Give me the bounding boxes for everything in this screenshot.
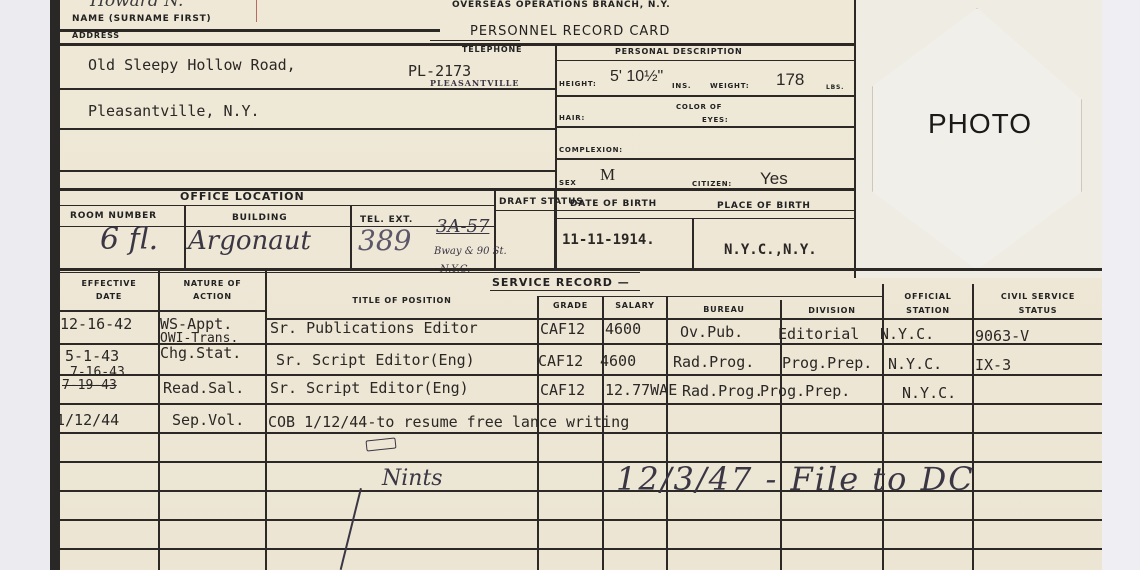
lbs-label: LBS.	[826, 84, 844, 91]
handwritten-initials: Nints	[382, 466, 443, 491]
rule-service-double	[60, 272, 640, 273]
col-header-effective-date: EFFECTIVEDATE	[60, 277, 158, 303]
building-value: Argonaut	[188, 226, 311, 256]
address-line1: Old Sleepy Hollow Road,	[88, 56, 296, 74]
service-record-text: SERVICE RECORD	[492, 276, 613, 289]
building-label: BUILDING	[232, 213, 287, 223]
service-record-underline	[490, 290, 640, 291]
sex-label: SEX	[559, 179, 577, 187]
cell-title-remark: COB 1/12/44-to resume free lance writing	[268, 413, 629, 431]
col-header-station-2: STATION	[884, 304, 972, 318]
divider-photo	[854, 0, 856, 278]
dob-label: DATE OF BIRTH	[570, 199, 657, 209]
cell-station: N.Y.C.	[888, 355, 942, 373]
draft-status-value: 3A-57	[436, 216, 489, 237]
name-label: NAME (SURNAME FIRST)	[72, 14, 211, 24]
room-number-label: ROOM NUMBER	[70, 211, 157, 221]
draft-status-text: 3A-57	[436, 216, 489, 237]
col-header-nature-of-action: NATURE OFACTION	[160, 277, 265, 303]
col-date-divider	[158, 268, 160, 570]
cell-division: Prog.Prep.	[782, 354, 872, 372]
dob-value: 11-11-1914.	[562, 232, 655, 248]
tel-ext-value: 389	[358, 224, 411, 257]
cell-salary: 4600	[605, 320, 641, 338]
rule-pd-3	[556, 158, 856, 160]
place-of-birth-value: N.Y.C.,N.Y.	[724, 242, 817, 258]
divider-place	[692, 218, 694, 270]
address-label: ADDRESS	[72, 31, 120, 40]
office-location-label: OFFICE LOCATION	[180, 190, 305, 203]
rule-address-1	[60, 88, 556, 90]
cell-salary: 12.77WAE	[605, 381, 677, 399]
cell-title: Sr. Script Editor(Eng)	[270, 379, 469, 397]
divider-building	[350, 205, 352, 268]
cell-date-struck: 7-19-43	[62, 378, 117, 393]
divider-room	[184, 205, 186, 268]
cell-date: 12-16-42	[60, 315, 132, 333]
cell-date: 1/12/44	[60, 411, 119, 429]
divider-dob	[554, 188, 556, 268]
rule-row-4	[60, 432, 1102, 434]
cell-bureau: Rad.Prog.	[682, 382, 763, 400]
cell-grade: CAF12	[540, 381, 585, 399]
cell-civil-status: 9063-V	[975, 327, 1029, 345]
height-value: 5' 10½"	[610, 68, 663, 86]
rule-service-top	[60, 268, 1102, 271]
rule-pd-2	[556, 126, 856, 128]
cell-date: 5-1-43	[65, 347, 119, 365]
rule-row-3	[60, 403, 1102, 405]
rule-birth-sub	[556, 218, 856, 219]
personal-desc-label: PERSONAL DESCRIPTION	[615, 47, 743, 56]
stamp-mark-icon	[366, 437, 397, 451]
rule-row-7	[60, 519, 1102, 521]
address-line2: Pleasantville, N.Y.	[88, 102, 260, 120]
handwritten-file-note: 12/3/47 - File to DC	[616, 460, 975, 498]
citizen-label: CITIZEN:	[692, 180, 732, 188]
title-underline	[430, 40, 520, 41]
cell-grade: CAF12	[540, 320, 585, 338]
name-value: Howard N.	[90, 0, 183, 11]
card-binder-edge	[50, 0, 60, 570]
col-header-civil-1: CIVIL SERVICE	[974, 290, 1102, 304]
cell-division: Editorial	[778, 325, 859, 343]
cell-title: Sr. Publications Editor	[270, 319, 478, 337]
col-header-division: DIVISION	[782, 306, 882, 315]
photo-label: PHOTO	[910, 108, 1050, 140]
eyes-label-2: EYES:	[702, 116, 728, 124]
handwritten-stroke	[340, 488, 362, 570]
cell-action: Read.Sal.	[163, 379, 244, 397]
eyes-label-1: COLOR OF	[676, 103, 722, 111]
col-header-salary: SALARY	[604, 301, 666, 310]
col-action-divider	[265, 268, 267, 570]
rule-address-3	[60, 170, 556, 172]
col-header-nature-2: ACTION	[160, 290, 265, 303]
col-header-title: TITLE OF POSITION	[267, 296, 537, 305]
cell-salary: 4600	[600, 352, 636, 370]
weight-label: WEIGHT:	[710, 82, 750, 90]
col-header-bureau: BUREAU	[668, 305, 780, 314]
rule-address-2	[60, 128, 556, 130]
cell-civil-status: IX-3	[975, 356, 1011, 374]
col-station-divider	[972, 284, 974, 570]
col-header-nature-1: NATURE OF	[160, 277, 265, 290]
card-title: PERSONNEL RECORD CARD	[470, 24, 670, 39]
col-header-grade: GRADE	[539, 301, 602, 310]
branch-label: OVERSEAS OPERATIONS BRANCH, N.Y.	[452, 0, 671, 10]
complexion-label: COMPLEXION:	[559, 146, 623, 154]
col-header-effective-1: EFFECTIVE	[60, 277, 158, 290]
cell-bureau: Ov.Pub.	[680, 323, 743, 341]
height-label: HEIGHT:	[559, 80, 597, 88]
rule-office-sub	[60, 205, 496, 206]
ins-label: INS.	[672, 82, 691, 90]
draft-status-note: Bway & 90 St.	[434, 246, 507, 257]
service-record-label: SERVICE RECORD —	[492, 276, 630, 289]
red-margin-mark	[256, 0, 257, 22]
personnel-record-card: PHOTO Howard N. NAME (SURNAME FIRST) OVE…	[60, 0, 1102, 570]
cell-station: N.Y.C.	[880, 325, 934, 343]
cell-station: N.Y.C.	[902, 384, 956, 402]
weight-value: 178	[776, 70, 804, 90]
place-of-birth-label: PLACE OF BIRTH	[717, 201, 811, 211]
col-header-civil-service: CIVIL SERVICESTATUS	[974, 290, 1102, 318]
sex-value: M	[600, 165, 615, 185]
cell-division: Prog.Prep.	[760, 382, 850, 400]
col-header-civil-2: STATUS	[974, 304, 1102, 318]
rule-header-left	[60, 310, 267, 312]
citizen-value: Yes	[760, 169, 788, 189]
rule-address-top	[60, 43, 856, 46]
rule-row-8	[60, 548, 1102, 550]
cell-grade: CAF12	[538, 352, 583, 370]
col-header-official-station: OFFICIALSTATION	[884, 290, 972, 318]
cell-bureau: Rad.Prog.	[673, 353, 754, 371]
rule-row-2	[60, 374, 1102, 376]
cell-action: Chg.Stat.	[160, 344, 241, 362]
cell-action: Sep.Vol.	[172, 411, 244, 429]
telephone-note: PLEASANTVILLE	[430, 78, 520, 88]
rule-grade-top	[537, 296, 882, 297]
cell-title: Sr. Script Editor(Eng)	[276, 351, 475, 369]
hair-label: HAIR:	[559, 114, 585, 122]
rule-pd-header	[556, 60, 856, 61]
rule-pd-1	[556, 95, 856, 97]
col-header-effective-2: DATE	[60, 290, 158, 303]
col-header-station-1: OFFICIAL	[884, 290, 972, 304]
room-value: 6 fl.	[100, 222, 158, 257]
telephone-label: TELEPHONE	[462, 45, 522, 54]
